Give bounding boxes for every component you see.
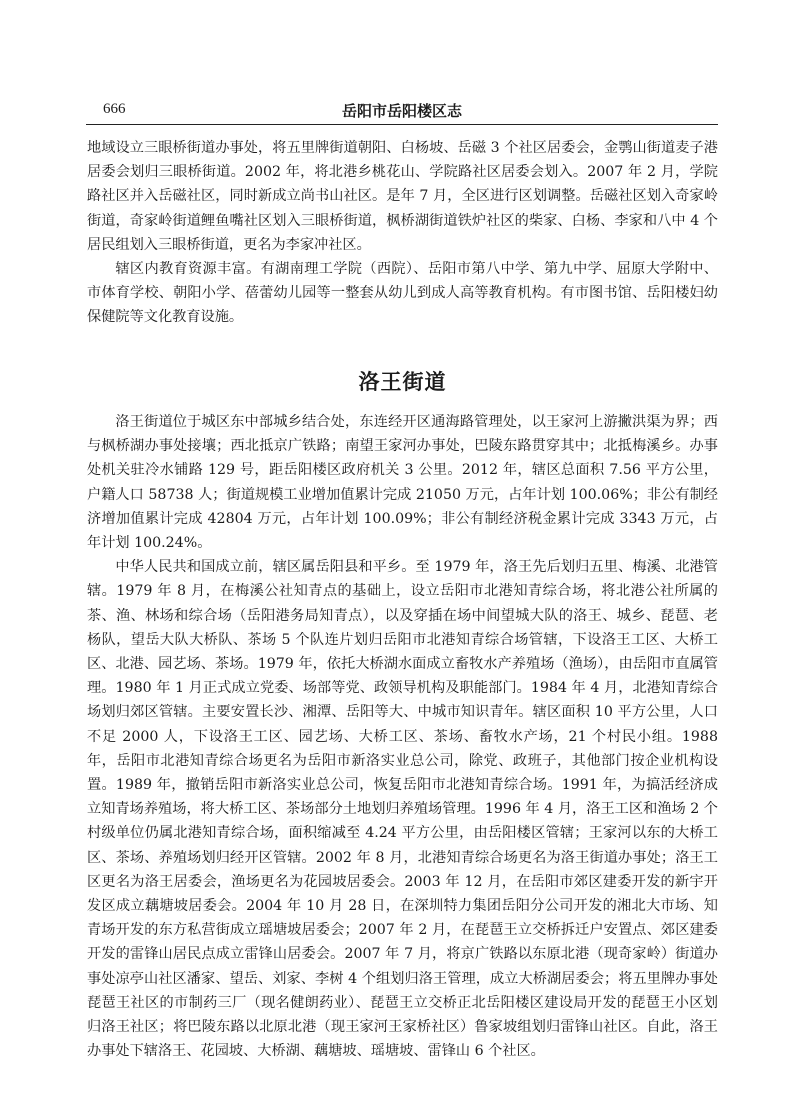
running-title: 岳阳市岳阳楼区志: [86, 100, 718, 121]
paragraph: 中华人民共和国成立前，辖区属岳阳县和平乡。至 1979 年，洛王先后划归五里、梅…: [87, 555, 718, 1063]
paragraph: 洛王街道位于城区东中部城乡结合处，东连经开区通海路管理处，以王家河上游撇洪渠为界…: [87, 410, 718, 555]
continued-text-block: 地域设立三眼桥街道办事处，将五里牌街道朝阳、白杨坡、岳磁 3 个社区居委会，金鹗…: [87, 136, 718, 330]
paragraph: 辖区内教育资源丰富。有湖南理工学院（西院）、岳阳市第八中学、第九中学、屈原大学附…: [87, 257, 718, 330]
section-title: 洛王街道: [0, 366, 805, 396]
paragraph: 地域设立三眼桥街道办事处，将五里牌街道朝阳、白杨坡、岳磁 3 个社区居委会，金鹗…: [87, 136, 718, 257]
section-body: 洛王街道位于城区东中部城乡结合处，东连经开区通海路管理处，以王家河上游撇洪渠为界…: [87, 410, 718, 1063]
page-header: 666 岳阳市岳阳楼区志: [86, 98, 718, 125]
